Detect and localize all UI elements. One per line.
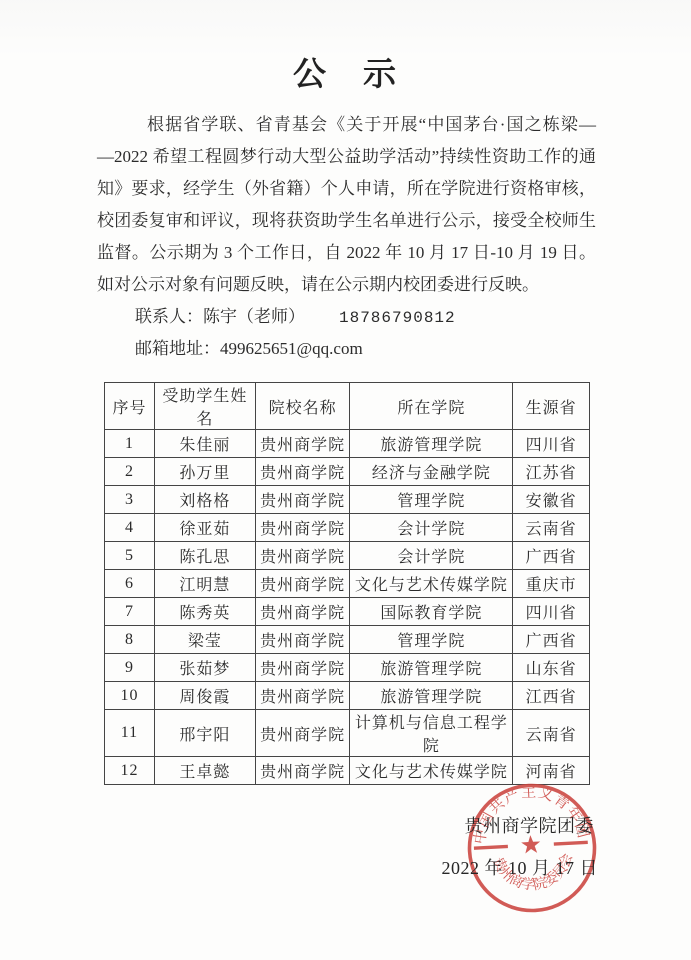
table-cell: 3 xyxy=(105,486,155,514)
table-cell: 王卓懿 xyxy=(154,757,255,785)
table-cell: 山东省 xyxy=(513,654,590,682)
table-cell: 计算机与信息工程学院 xyxy=(350,710,513,757)
contact-email-line: 邮箱地址：499625651@qq.com xyxy=(135,333,456,365)
table-cell: 陈孔思 xyxy=(154,542,255,570)
table-cell: 贵州商学院 xyxy=(255,757,350,785)
signature-date: 2022 年 10 月 17 日 xyxy=(442,854,599,880)
table-cell: 8 xyxy=(105,626,155,654)
table-cell: 贵州商学院 xyxy=(255,542,350,570)
table-row: 2孙万里贵州商学院经济与金融学院江苏省 xyxy=(105,458,590,486)
table-cell: 11 xyxy=(105,710,155,757)
table-cell: 广西省 xyxy=(513,626,590,654)
table-row: 5陈孔思贵州商学院会计学院广西省 xyxy=(105,542,590,570)
table-cell: 广西省 xyxy=(513,542,590,570)
table-cell: 梁莹 xyxy=(154,626,255,654)
notice-paragraph: 根据省学联、省青基会《关于开展“中国茅台·国之栋梁——2022 希望工程圆梦行动… xyxy=(97,109,596,301)
table-cell: 朱佳丽 xyxy=(154,430,255,458)
table-row: 11邢宇阳贵州商学院计算机与信息工程学院云南省 xyxy=(105,710,590,757)
table-row: 9张茹梦贵州商学院旅游管理学院山东省 xyxy=(105,654,590,682)
table-cell: 徐亚茹 xyxy=(154,514,255,542)
table-cell: 江明慧 xyxy=(154,570,255,598)
table-row: 1朱佳丽贵州商学院旅游管理学院四川省 xyxy=(105,430,590,458)
announcement-document: 公 示 根据省学联、省青基会《关于开展“中国茅台·国之栋梁——2022 希望工程… xyxy=(0,0,691,960)
table-row: 4徐亚茹贵州商学院会计学院云南省 xyxy=(105,514,590,542)
table-cell: 贵州商学院 xyxy=(255,514,350,542)
table-cell: 贵州商学院 xyxy=(255,710,350,757)
table-row: 7陈秀英贵州商学院国际教育学院四川省 xyxy=(105,598,590,626)
seal-left-dash xyxy=(474,845,508,850)
table-row: 3刘格格贵州商学院管理学院安徽省 xyxy=(105,486,590,514)
table-cell: 10 xyxy=(105,682,155,710)
table-cell: 云南省 xyxy=(513,710,590,757)
table-cell: 文化与艺术传媒学院 xyxy=(350,570,513,598)
table-cell: 江苏省 xyxy=(513,458,590,486)
table-cell: 江西省 xyxy=(513,682,590,710)
contact-email: 邮箱地址：499625651@qq.com xyxy=(135,339,363,358)
table-cell: 旅游管理学院 xyxy=(350,654,513,682)
table-cell: 会计学院 xyxy=(350,514,513,542)
table-cell: 2 xyxy=(105,458,155,486)
header-cell: 所在学院 xyxy=(350,383,513,430)
table-row: 6江明慧贵州商学院文化与艺术传媒学院重庆市 xyxy=(105,570,590,598)
paragraph-line: 知》要求，经学生（外省籍）个人申请，所在学院进行资格审核， xyxy=(97,173,596,205)
table-cell: 贵州商学院 xyxy=(255,682,350,710)
table-cell: 旅游管理学院 xyxy=(350,682,513,710)
table-cell: 12 xyxy=(105,757,155,785)
paragraph-line: 监督。公示期为 3 个工作日，自 2022 年 10 月 17 日-10 月 1… xyxy=(97,237,596,269)
table-cell: 7 xyxy=(105,598,155,626)
table-cell: 重庆市 xyxy=(513,570,590,598)
table-header-row: 序号受助学生姓名院校名称所在学院生源省 xyxy=(105,383,590,430)
paragraph-line: 校团委复审和评议，现将获资助学生名单进行公示，接受全校师生 xyxy=(97,205,596,237)
table-body: 1朱佳丽贵州商学院旅游管理学院四川省2孙万里贵州商学院经济与金融学院江苏省3刘格… xyxy=(105,430,590,785)
table-cell: 四川省 xyxy=(513,598,590,626)
table-cell: 1 xyxy=(105,430,155,458)
table-cell: 周俊霞 xyxy=(154,682,255,710)
table-cell: 贵州商学院 xyxy=(255,430,350,458)
table-cell: 贵州商学院 xyxy=(255,654,350,682)
table-cell: 贵州商学院 xyxy=(255,598,350,626)
header-cell: 序号 xyxy=(105,383,155,430)
table-cell: 安徽省 xyxy=(513,486,590,514)
contact-phone: 18786790812 xyxy=(339,309,456,327)
table-cell: 孙万里 xyxy=(154,458,255,486)
paragraph-line: 如对公示对象有问题反映，请在公示期内校团委进行反映。 xyxy=(97,269,596,301)
table-cell: 邢宇阳 xyxy=(154,710,255,757)
table-cell: 5 xyxy=(105,542,155,570)
table-cell: 国际教育学院 xyxy=(350,598,513,626)
table-cell: 管理学院 xyxy=(350,486,513,514)
header-cell: 受助学生姓名 xyxy=(154,383,255,430)
table-cell: 张茹梦 xyxy=(154,654,255,682)
table-cell: 管理学院 xyxy=(350,626,513,654)
table-row: 8梁莹贵州商学院管理学院广西省 xyxy=(105,626,590,654)
contact-person-label: 联系人：陈宇（老师） xyxy=(135,307,305,326)
document-title: 公 示 xyxy=(0,48,691,95)
signature-org: 贵州商学院团委 xyxy=(465,812,595,838)
paragraph-line: —2022 希望工程圆梦行动大型公益助学活动”持续性资助工作的通 xyxy=(97,141,596,173)
aid-students-table: 序号受助学生姓名院校名称所在学院生源省 1朱佳丽贵州商学院旅游管理学院四川省2孙… xyxy=(104,382,590,785)
header-cell: 院校名称 xyxy=(255,383,350,430)
table-cell: 旅游管理学院 xyxy=(350,430,513,458)
paragraph-line: 根据省学联、省青基会《关于开展“中国茅台·国之栋梁— xyxy=(97,109,596,141)
table-cell: 4 xyxy=(105,514,155,542)
table-cell: 经济与金融学院 xyxy=(350,458,513,486)
table-cell: 贵州商学院 xyxy=(255,626,350,654)
contact-person-line: 联系人：陈宇（老师）18786790812 xyxy=(135,301,456,333)
header-cell: 生源省 xyxy=(513,383,590,430)
table-cell: 9 xyxy=(105,654,155,682)
contact-block: 联系人：陈宇（老师）18786790812 邮箱地址：499625651@qq.… xyxy=(135,301,456,365)
official-seal: 中国共产主义青年团 贵州商学院委员会 xyxy=(448,764,616,932)
table-cell: 四川省 xyxy=(513,430,590,458)
table-cell: 刘格格 xyxy=(154,486,255,514)
table-cell: 陈秀英 xyxy=(154,598,255,626)
table-cell: 贵州商学院 xyxy=(255,486,350,514)
table-row: 10周俊霞贵州商学院旅游管理学院江西省 xyxy=(105,682,590,710)
table-cell: 贵州商学院 xyxy=(255,570,350,598)
table-cell: 6 xyxy=(105,570,155,598)
seal-right-dash xyxy=(554,841,588,846)
table-cell: 贵州商学院 xyxy=(255,458,350,486)
table-cell: 云南省 xyxy=(513,514,590,542)
table-cell: 会计学院 xyxy=(350,542,513,570)
